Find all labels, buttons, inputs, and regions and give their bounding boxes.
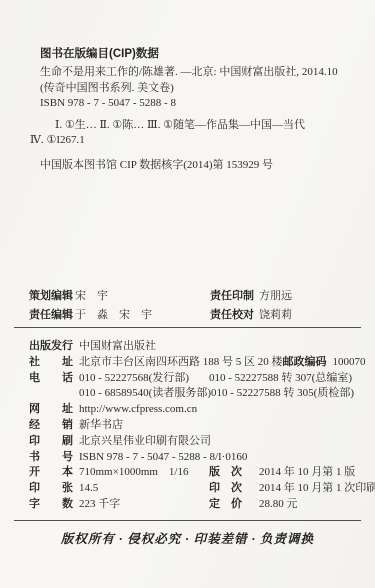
editor-role-label: 责任校对 xyxy=(210,306,254,325)
pub-value: 010 - 52227588 转 307(总编室) xyxy=(209,371,363,387)
pub-value: 新华书店 xyxy=(79,418,363,434)
publication-block: 出版发行 中国财富出版社 社 址 北京市丰台区南四环西路 188 号 5 区 2… xyxy=(29,339,363,513)
pub-label: 经 销 xyxy=(29,418,73,434)
pub-label: 社 址 xyxy=(29,355,73,371)
copyright-page: 图书在版编目(CIP)数据 生命不是用来工作的/陈雄著. —北京: 中国财富出版… xyxy=(0,0,375,588)
pub-value: 710mm×1000mm 1/16 xyxy=(79,465,209,481)
pub-value: 010 - 52227588 转 305(质检部) xyxy=(211,386,363,402)
pub-row: 010 - 68589540(读者服务部) 010 - 52227588 转 3… xyxy=(29,386,363,402)
pub-row: 经 销 新华书店 xyxy=(29,418,363,434)
pub-value: 北京市丰台区南四环西路 188 号 5 区 20 楼 xyxy=(79,355,283,371)
pub-label: 电 话 xyxy=(29,371,73,387)
pub-value: 010 - 68589540(读者服务部) xyxy=(79,386,211,402)
divider-line xyxy=(14,327,361,328)
pub-label: 字 数 xyxy=(29,497,73,513)
classification-line-1: Ⅰ. ①生… Ⅱ. ①陈… Ⅲ. ①随笔—作品集—中国—当代 xyxy=(40,118,351,134)
pub-row: 字 数 223 千字 定 价 28.80 元 xyxy=(29,497,363,513)
pub-value: 北京兴星伟业印刷有限公司 xyxy=(79,434,363,450)
book-title-line: 生命不是用来工作的/陈雄著. —北京: 中国财富出版社, 2014.10 xyxy=(40,65,351,81)
divider-line xyxy=(14,520,361,521)
pub-row: 社 址 北京市丰台区南四环西路 188 号 5 区 20 楼 邮政编码 1000… xyxy=(29,355,363,371)
pub-value: 14.5 xyxy=(79,481,209,497)
pub-value: 223 千字 xyxy=(79,497,209,513)
pub-label: 定 价 xyxy=(209,497,253,513)
editor-role-label: 策划编辑 xyxy=(29,287,75,306)
classification-line-2: Ⅳ. ①I267.1 xyxy=(30,133,351,149)
editor-name: 方朋远 xyxy=(259,287,359,306)
pub-label: 印 次 xyxy=(209,481,253,497)
pub-row: 电 话 010 - 52227568(发行部) 010 - 52227588 转… xyxy=(29,371,363,387)
pub-row: 开 本 710mm×1000mm 1/16 版 次 2014 年 10 月第 1… xyxy=(29,465,363,481)
series-line: (传奇中国图书系列. 美文卷) xyxy=(40,81,351,97)
cip-record-number: 中国版本图书馆 CIP 数据核字(2014)第 153929 号 xyxy=(40,158,351,174)
editor-role-label: 责任编辑 xyxy=(29,306,75,325)
pub-value: 2014 年 10 月第 1 版 xyxy=(259,465,363,481)
pub-row: 网 址 http://www.cfpress.com.cn xyxy=(29,402,363,418)
pub-value: ISBN 978 - 7 - 5047 - 5288 - 8/I·0160 xyxy=(79,450,363,466)
cip-title: 图书在版编目(CIP)数据 xyxy=(40,47,351,62)
pub-value: 28.80 元 xyxy=(259,497,363,513)
pub-value website-url: http://www.cfpress.com.cn xyxy=(79,402,363,418)
pub-row: 印 刷 北京兴星伟业印刷有限公司 xyxy=(29,434,363,450)
pub-row: 出版发行 中国财富出版社 xyxy=(29,339,363,355)
pub-label: 出版发行 xyxy=(29,339,73,355)
pub-label: 邮政编码 xyxy=(283,355,327,371)
pub-value: 2014 年 10 月第 1 次印刷 xyxy=(259,481,375,497)
pub-label: 印 刷 xyxy=(29,434,73,450)
cip-data-block: 图书在版编目(CIP)数据 生命不是用来工作的/陈雄著. —北京: 中国财富出版… xyxy=(40,47,351,173)
editor-row: 策划编辑 宋 宇 责任印制 方朋远 xyxy=(29,287,359,306)
pub-row: 书 号 ISBN 978 - 7 - 5047 - 5288 - 8/I·016… xyxy=(29,450,363,466)
isbn-line: ISBN 978 - 7 - 5047 - 5288 - 8 xyxy=(40,96,351,112)
pub-value: 010 - 52227568(发行部) xyxy=(79,371,209,387)
pub-label: 开 本 xyxy=(29,465,73,481)
pub-value: 100070 xyxy=(333,355,366,371)
copyright-notice: 版权所有 · 侵权必究 · 印装差错 · 负责调换 xyxy=(0,529,375,547)
editor-row: 责任编辑 于 淼 宋 宇 责任校对 饶莉莉 xyxy=(29,306,359,325)
editors-block: 策划编辑 宋 宇 责任印制 方朋远 责任编辑 于 淼 宋 宇 责任校对 饶莉莉 xyxy=(29,287,359,325)
pub-label: 书 号 xyxy=(29,450,73,466)
editor-name: 宋 宇 xyxy=(75,287,210,306)
pub-row: 印 张 14.5 印 次 2014 年 10 月第 1 次印刷 xyxy=(29,481,363,497)
pub-label: 版 次 xyxy=(209,465,253,481)
pub-value: 中国财富出版社 xyxy=(79,339,363,355)
editor-name: 于 淼 宋 宇 xyxy=(75,306,210,325)
editor-name: 饶莉莉 xyxy=(259,306,359,325)
pub-label: 印 张 xyxy=(29,481,73,497)
pub-label: 网 址 xyxy=(29,402,73,418)
editor-role-label: 责任印制 xyxy=(210,287,254,306)
